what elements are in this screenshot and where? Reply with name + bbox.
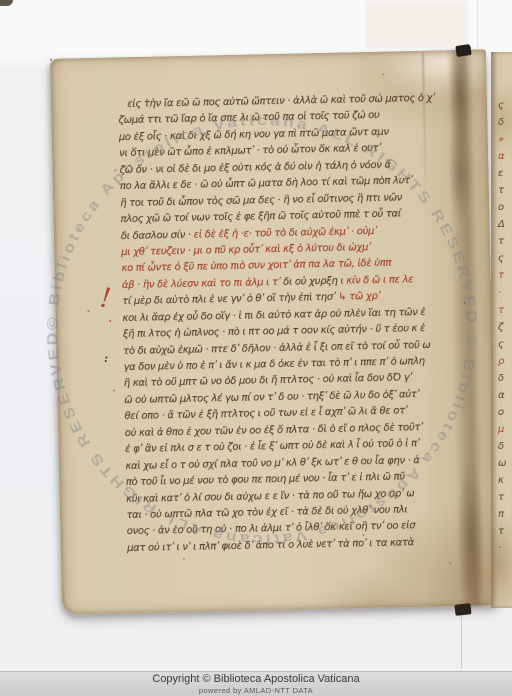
edge-fragment-char: · [498, 540, 512, 557]
edge-fragment-char: π [498, 506, 512, 523]
background-seam [477, 0, 478, 48]
manuscript-text-block: εἰς τὴν ἴα εῶ ῶ πος αὐτῶ ὤπτειν · ἀλλὰ ῶ… [118, 90, 475, 557]
page-edge-line [461, 613, 462, 669]
binding-notch-top [455, 44, 471, 57]
facing-page-text-fragments: ςδ»αετοΔτςτ·τζςρδαομδωκτπτ· [498, 97, 512, 557]
edge-fragment-char: τ [498, 182, 512, 199]
edge-fragment-char: » [498, 131, 512, 148]
parchment-specks [50, 59, 52, 61]
underlying-page-edge [366, 0, 468, 48]
edge-fragment-char: τ [498, 267, 512, 284]
edge-fragment-char: ς [498, 336, 512, 353]
edge-fragment-char: μ [498, 421, 512, 438]
edge-fragment-char: ε [498, 165, 512, 182]
footer-powered-by: powered by AMLAD-NTT DATA [0, 686, 512, 695]
edge-fragment-char: ο [498, 404, 512, 421]
digitized-manuscript-viewer: { "colors":{ "background":"#f0f0f3", "pa… [0, 0, 512, 696]
edge-fragment-char: τ [498, 489, 512, 506]
edge-fragment-char: ω [498, 455, 512, 472]
edge-fragment-char: τ [498, 233, 512, 250]
edge-fragment-char: ο [498, 199, 512, 216]
red-marginal-dot: · [108, 314, 112, 330]
edge-fragment-char: κ [498, 472, 512, 489]
edge-fragment-char: τ [498, 302, 512, 319]
edge-fragment-char: ζ [498, 319, 512, 336]
edge-fragment-char: ς [498, 250, 512, 267]
edge-fragment-char: · [498, 285, 512, 302]
marginal-colon-mark: : [104, 352, 108, 365]
footer-bar: Copyright © Biblioteca Apostolica Vatica… [0, 671, 512, 696]
edge-fragment-char: δ [498, 370, 512, 387]
edge-fragment-char: δ [498, 438, 512, 455]
edge-fragment-char: τ [498, 523, 512, 540]
binding-notch-bottom [454, 603, 471, 616]
edge-fragment-char: α [498, 387, 512, 404]
edge-fragment-char: α [498, 148, 512, 165]
edge-fragment-char: δ [498, 114, 512, 131]
edge-fragment-char: ρ [498, 353, 512, 370]
footer-copyright: Copyright © Biblioteca Apostolica Vatica… [0, 673, 512, 686]
edge-fragment-char: ς [498, 97, 512, 114]
edge-fragment-char: Δ [498, 216, 512, 233]
photo-corner-spot [0, 0, 13, 6]
